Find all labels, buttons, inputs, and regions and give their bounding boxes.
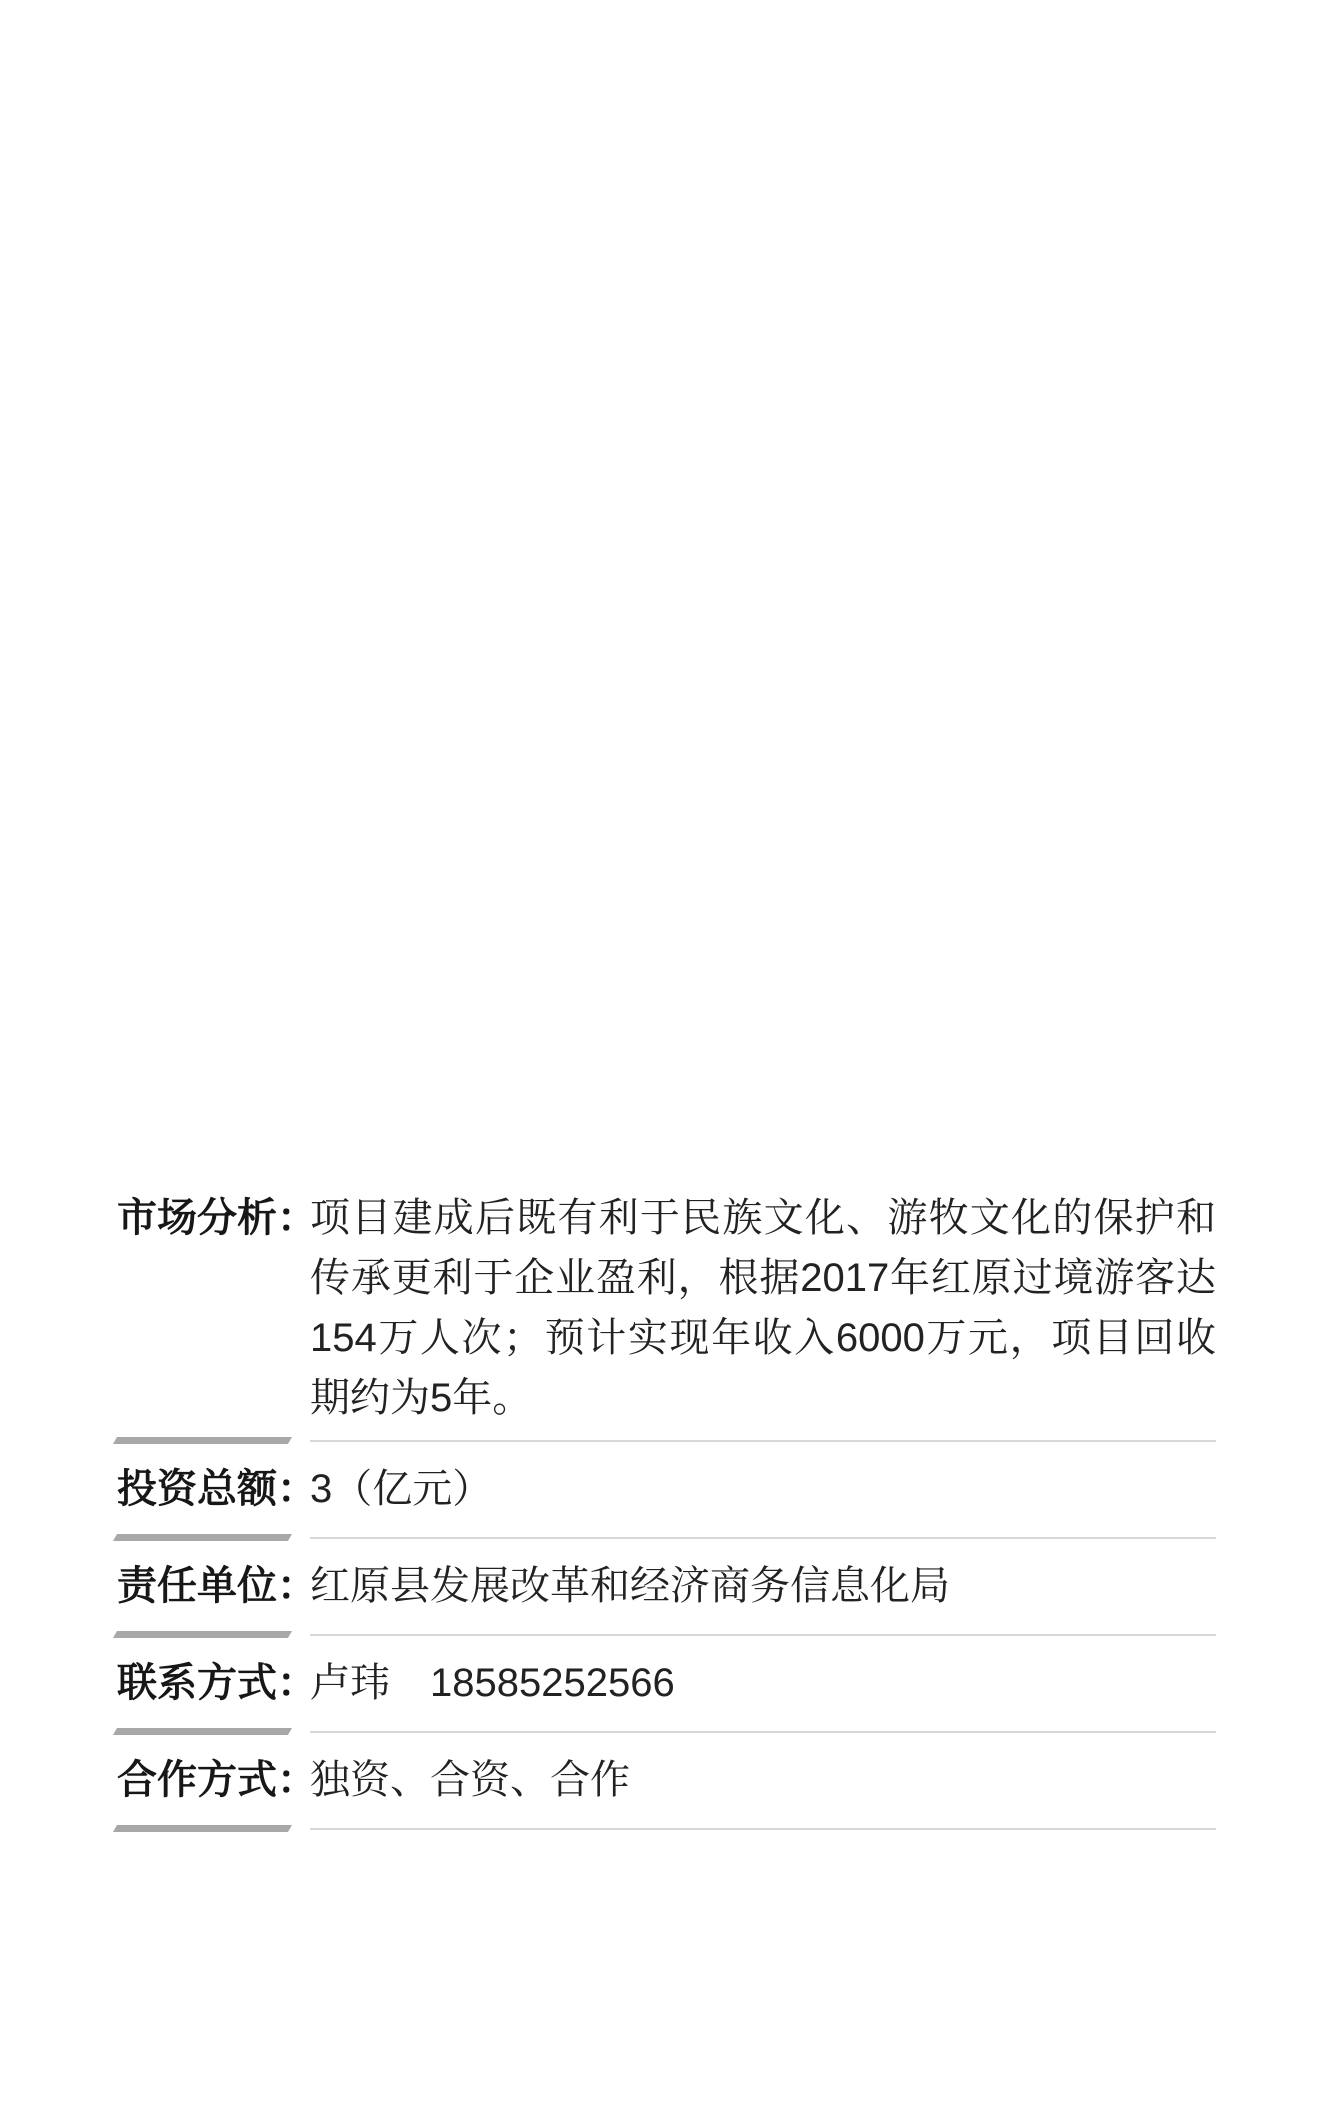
responsible-unit-label: 责任单位： <box>117 1556 310 1616</box>
project-info-table: 市场分析： 项目建成后既有利于民族文化、游牧文化的保护和传承更利于企业盈利，根据… <box>117 1188 1216 1847</box>
row-total-investment: 投资总额： 3（亿元） <box>117 1459 1216 1519</box>
row-divider <box>117 1534 1216 1541</box>
divider-bar <box>113 1437 292 1444</box>
responsible-unit-value: 红原县发展改革和经济商务信息化局 <box>310 1556 1216 1616</box>
cooperation-mode-label: 合作方式： <box>117 1750 310 1810</box>
divider-bar <box>113 1728 292 1735</box>
row-responsible-unit: 责任单位： 红原县发展改革和经济商务信息化局 <box>117 1556 1216 1616</box>
total-investment-label: 投资总额： <box>117 1459 310 1519</box>
row-market-analysis: 市场分析： 项目建成后既有利于民族文化、游牧文化的保护和传承更利于企业盈利，根据… <box>117 1188 1216 1428</box>
row-divider <box>117 1631 1216 1638</box>
market-analysis-label: 市场分析： <box>117 1188 310 1248</box>
divider-rule <box>310 1634 1216 1636</box>
contact-value: 卢玮 18585252566 <box>310 1653 1216 1713</box>
market-analysis-value: 项目建成后既有利于民族文化、游牧文化的保护和传承更利于企业盈利，根据2017年红… <box>310 1188 1216 1428</box>
divider-rule <box>310 1828 1216 1830</box>
row-divider <box>117 1825 1216 1832</box>
divider-rule <box>310 1440 1216 1442</box>
document-page: 市场分析： 项目建成后既有利于民族文化、游牧文化的保护和传承更利于企业盈利，根据… <box>0 0 1334 2102</box>
divider-bar <box>113 1631 292 1638</box>
contact-label: 联系方式： <box>117 1653 310 1713</box>
row-cooperation-mode: 合作方式： 独资、合资、合作 <box>117 1750 1216 1810</box>
row-contact: 联系方式： 卢玮 18585252566 <box>117 1653 1216 1713</box>
total-investment-value: 3（亿元） <box>310 1459 1216 1519</box>
row-divider <box>117 1728 1216 1735</box>
divider-bar <box>113 1825 292 1832</box>
cooperation-mode-value: 独资、合资、合作 <box>310 1750 1216 1810</box>
divider-bar <box>113 1534 292 1541</box>
divider-rule <box>310 1537 1216 1539</box>
divider-rule <box>310 1731 1216 1733</box>
row-divider <box>117 1437 1216 1444</box>
